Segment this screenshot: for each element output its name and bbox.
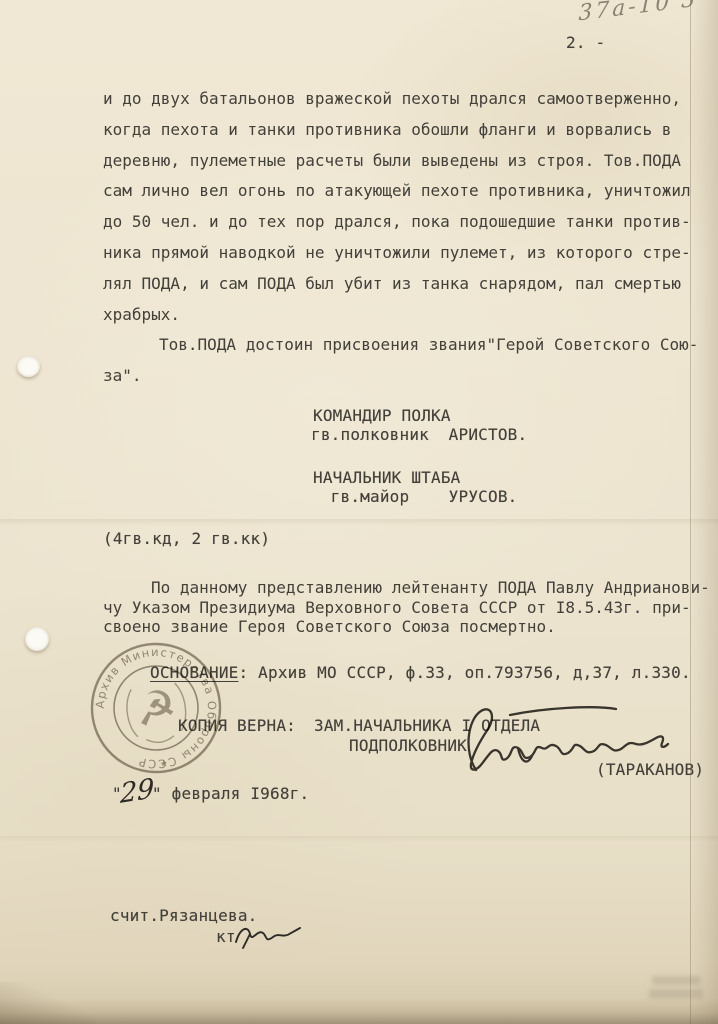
archive-round-stamp: Архив Министерства Обороны СССР ★ ☭ (77, 629, 235, 787)
text-line: когда пехота и танки противника обошли ф… (103, 115, 691, 146)
text-line: По данному представлению лейтенанту ПОДА… (103, 578, 710, 598)
handwritten-initial-scribble (230, 918, 310, 950)
page-number: 2. - (566, 33, 605, 52)
paper-right-edge (690, 0, 718, 1024)
chief-of-staff-name: гв.майор УРУСОВ. (311, 487, 518, 506)
chief-of-staff-title: НАЧАЛЬНИК ШТАБА (313, 468, 461, 487)
commander-title: КОМАНДИР ПОЛКА (313, 406, 451, 425)
tarakanov-handwritten-signature: Втараканов (446, 698, 694, 778)
body-paragraph-2: Тов.ПОДА достоин присвоения звания"Герой… (103, 330, 698, 392)
date-text: " февраля I968г. (152, 784, 309, 803)
scanned-document-page: 37а-10'3 2. - и до двух батальонов враже… (0, 0, 718, 1024)
soviet-emblem-icon: ☭ (132, 678, 180, 737)
text-line: до 50 чел. и до тех пор дрался, пока под… (103, 207, 691, 238)
text-line: чу Указом Президиума Верховного Совета С… (103, 598, 710, 618)
paper-corner-fold (0, 982, 95, 1024)
commander-name: гв.полковник АРИСТОВ. (311, 425, 527, 444)
punch-hole-bottom (25, 627, 49, 651)
text-line: храбрых. (103, 300, 691, 331)
text-line: лял ПОДА, и сам ПОДА был убит из танка с… (103, 269, 691, 300)
text-line: сам лично вел огонь по атакующей пехоте … (103, 176, 691, 207)
paper-crease (0, 519, 718, 526)
paper-bottom-edge (0, 998, 718, 1024)
basis-reference: : Архив МО СССР, ф.33, оп.793756, д,37, … (239, 663, 691, 682)
unit-note: (4гв.кд, 2 гв.кк) (103, 529, 270, 548)
text-line: деревню, пулеметные расчеты были выведен… (103, 146, 691, 177)
punch-hole-top (17, 356, 40, 377)
basis-line: ОСНОВАНИЕ: Архив МО СССР, ф.33, оп.79375… (150, 663, 691, 682)
body-paragraph-1: и до двух батальонов вражеской пехоты др… (103, 84, 691, 330)
text-line: Тов.ПОДА достоин присвоения звания"Герой… (103, 330, 698, 361)
text-line: и до двух батальонов вражеской пехоты др… (103, 84, 691, 115)
paper-crease (0, 836, 718, 842)
pencil-archive-note: 37а-10'3 (578, 0, 698, 26)
decree-paragraph: По данному представлению лейтенанту ПОДА… (103, 578, 710, 637)
text-line: ника прямой наводкой не уничтожили пулем… (103, 238, 691, 269)
text-line: за". (103, 361, 698, 392)
